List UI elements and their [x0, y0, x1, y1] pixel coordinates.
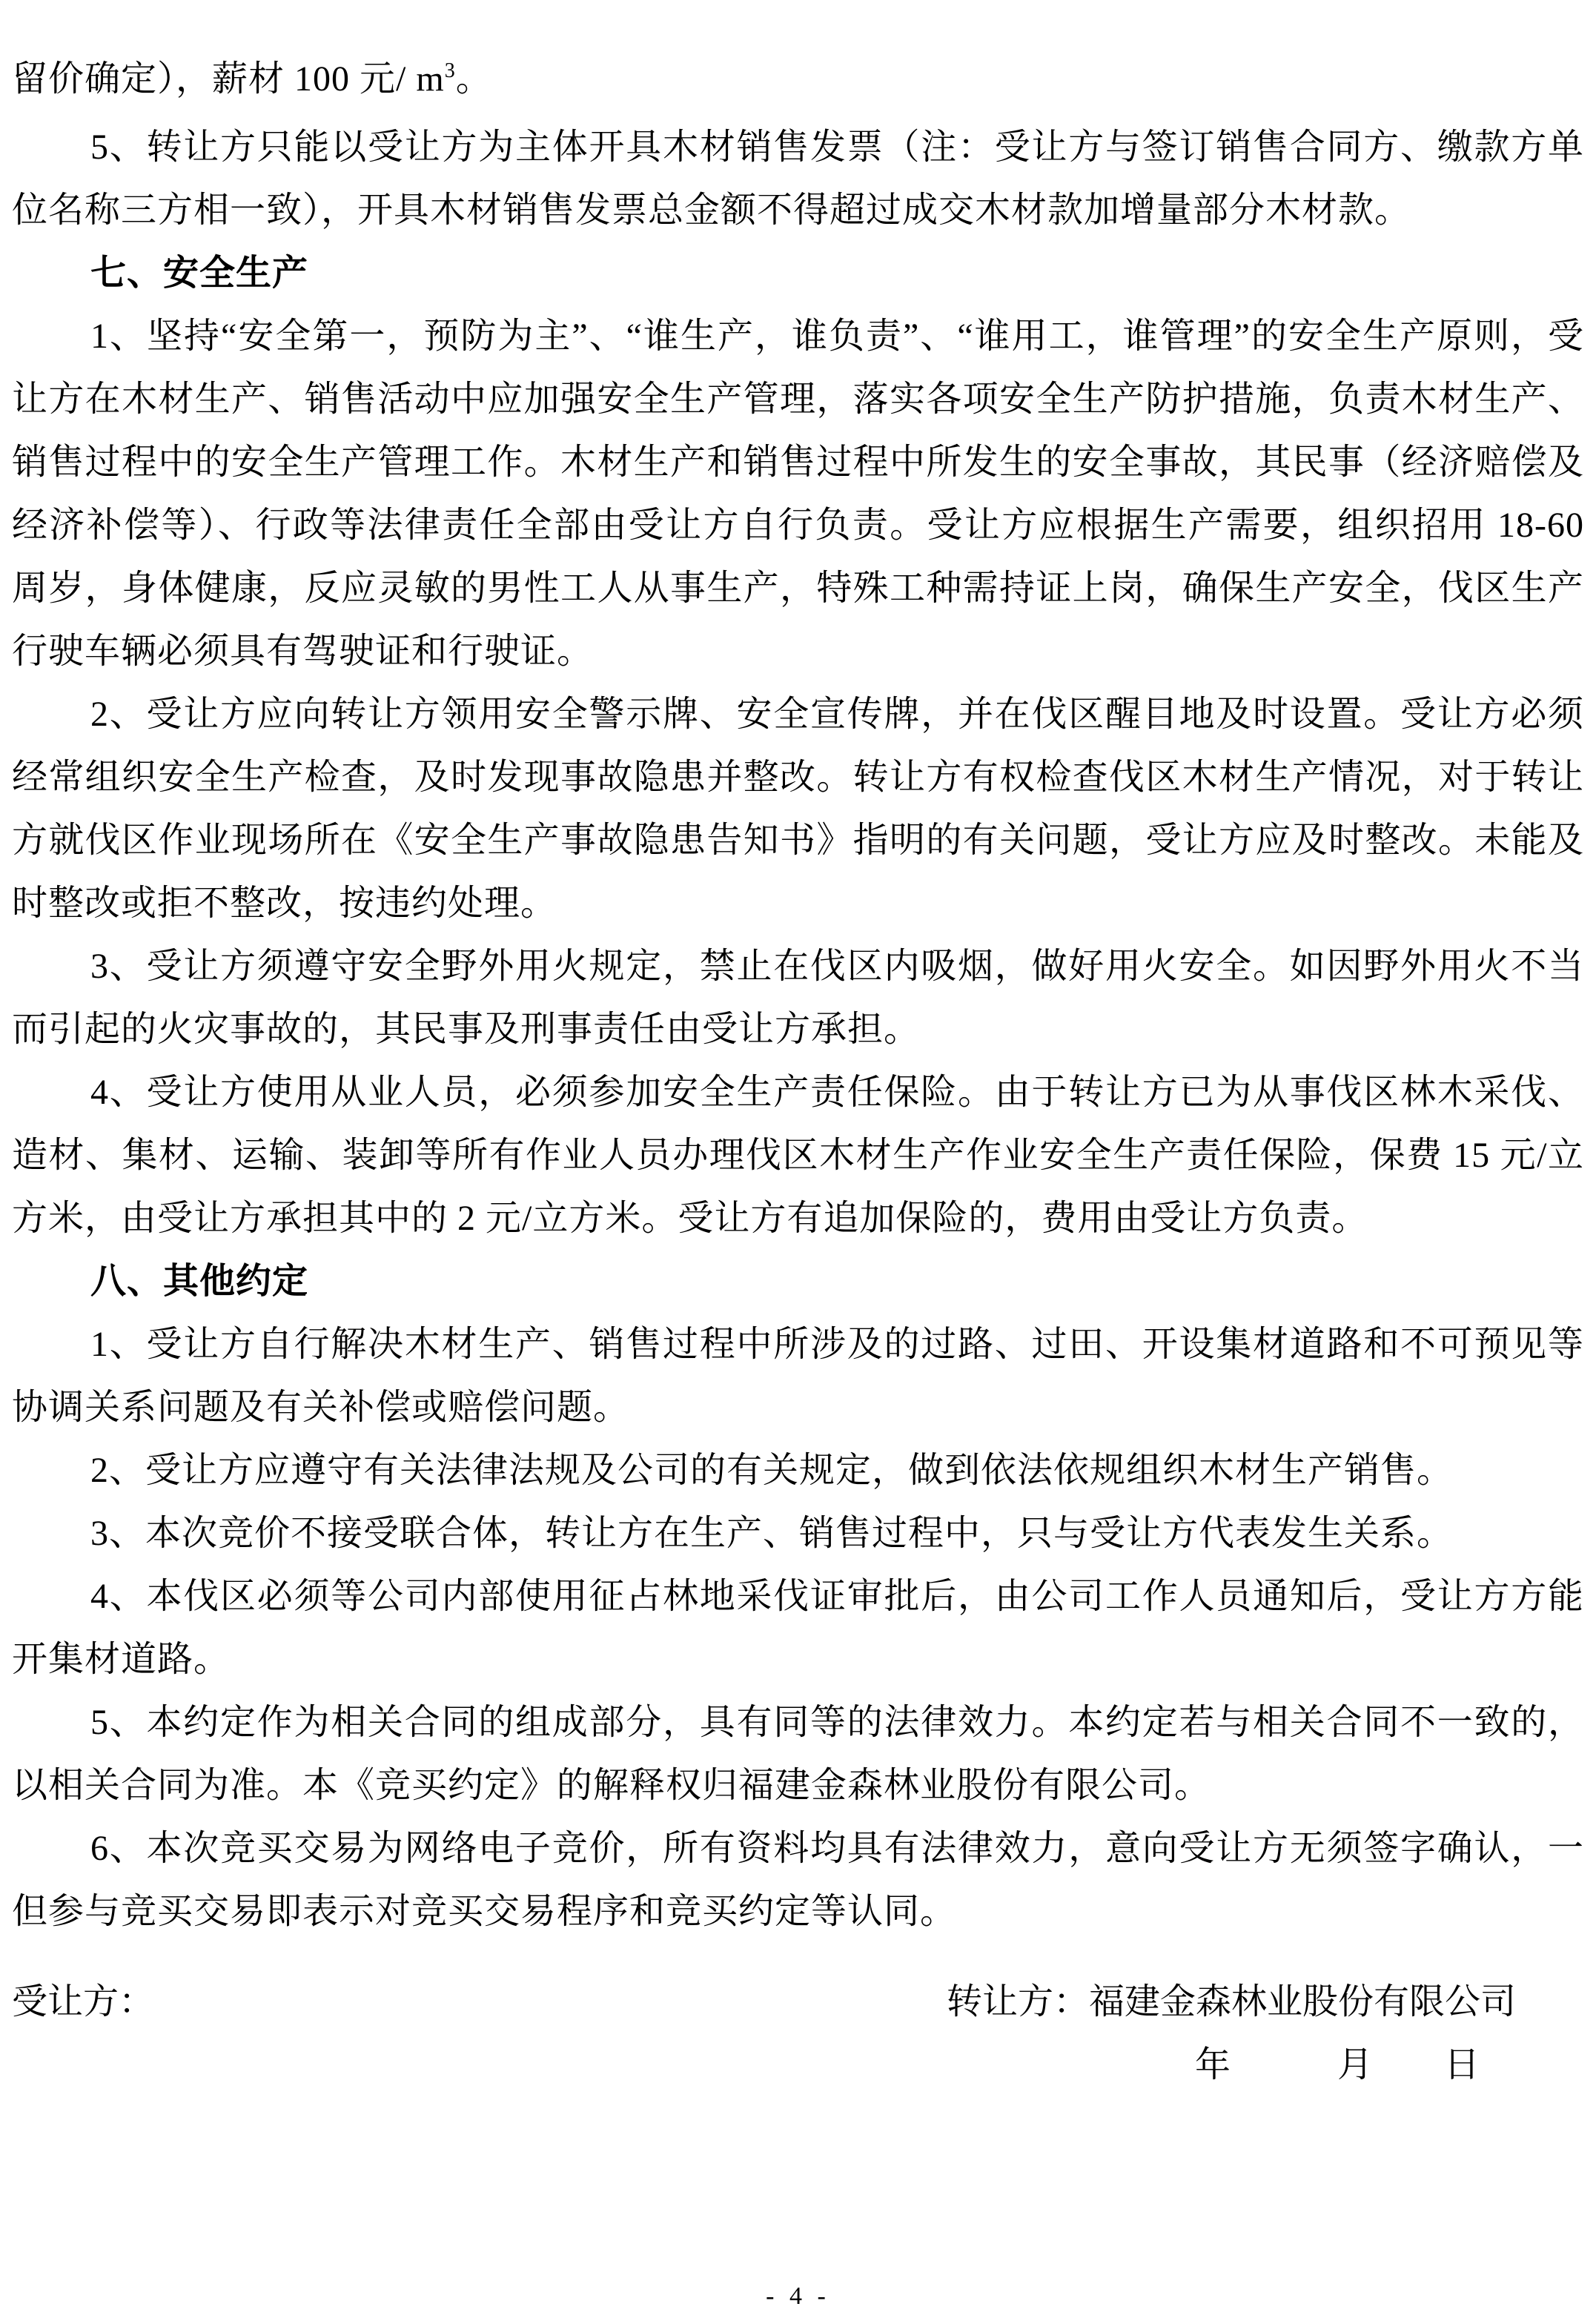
document-page: 留价确定），薪材 100 元/ m3。 5、转让方只能以受让方为主体开具木材销售… [0, 0, 1596, 2318]
paragraph-other-item-3: 3、本次竞价不接受联合体，转让方在生产、销售过程中，只与受让方代表发生关系。 [12, 1502, 1584, 1565]
section-heading-7-safety: 七、安全生产 [12, 242, 1584, 305]
transferor-signature-area: 转让方：福建金森林业股份有限公司 年 月 日 [947, 1970, 1516, 2096]
paragraph-safety-item-1: 1、坚持“安全第一，预防为主”、“谁生产，谁负责”、“谁用工，谁管理”的安全生产… [12, 305, 1584, 683]
fuelwood-price-text: 留价确定），薪材 100 元/ m [12, 59, 445, 99]
signature-date-line: 年 月 日 [947, 2033, 1516, 2096]
fuelwood-price-period: 。 [456, 59, 492, 99]
paragraph-invoice-rule: 5、转让方只能以受让方为主体开具木材销售发票（注：受让方与签订销售合同方、缴款方… [12, 116, 1584, 242]
transferor-company-name: 福建金森林业股份有限公司 [1089, 1982, 1516, 2021]
paragraph-other-item-1: 1、受让方自行解决木材生产、销售过程中所涉及的过路、过田、开设集材道路和不可预见… [12, 1313, 1584, 1439]
paragraph-safety-item-3: 3、受让方须遵守安全野外用火规定，禁止在伐区内吸烟，做好用火安全。如因野外用火不… [12, 935, 1584, 1061]
paragraph-other-item-5: 5、本约定作为相关合同的组成部分，具有同等的法律效力。本约定若与相关合同不一致的… [12, 1691, 1584, 1817]
cubic-meter-superscript: 3 [445, 59, 456, 82]
transferee-signature-label: 受让方： [12, 1970, 154, 2096]
paragraph-other-item-6: 6、本次竞买交易为网络电子竞价，所有资料均具有法律效力，意向受让方无须签字确认，… [12, 1817, 1584, 1943]
signature-block: 受让方： 转让方：福建金森林业股份有限公司 年 月 日 [12, 1970, 1584, 2096]
paragraph-safety-item-4: 4、受让方使用从业人员，必须参加安全生产责任保险。由于转让方已为从事伐区林木采伐… [12, 1061, 1584, 1250]
section-heading-8-other: 八、其他约定 [12, 1250, 1584, 1313]
paragraph-safety-item-2: 2、受让方应向转让方领用安全警示牌、安全宣传牌，并在伐区醒目地及时设置。受让方必… [12, 683, 1584, 935]
document-body: 留价确定），薪材 100 元/ m3。 5、转让方只能以受让方为主体开具木材销售… [12, 47, 1584, 1942]
paragraph-fuelwood-price: 留价确定），薪材 100 元/ m3。 [12, 47, 1584, 116]
paragraph-other-item-4: 4、本伐区必须等公司内部使用征占林地采伐证审批后，由公司工作人员通知后，受让方方… [12, 1565, 1584, 1691]
paragraph-other-item-2: 2、受让方应遵守有关法律法规及公司的有关规定，做到依法依规组织木材生产销售。 [12, 1439, 1584, 1502]
transferor-signature-line: 转让方：福建金森林业股份有限公司 [947, 1970, 1516, 2033]
transferor-label: 转让方： [947, 1982, 1089, 2021]
page-number: - 4 - [0, 2282, 1596, 2311]
